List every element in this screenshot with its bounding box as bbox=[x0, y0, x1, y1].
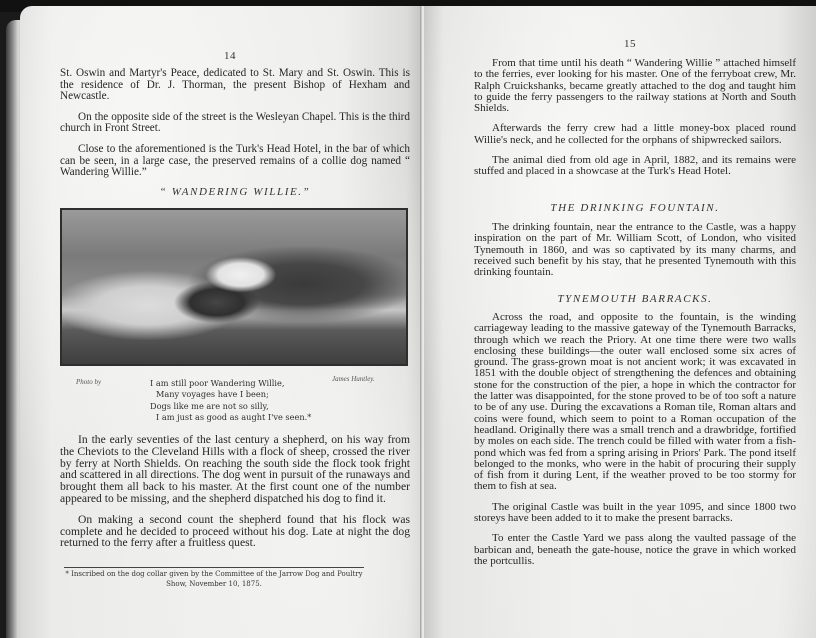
section-heading-drinking-fountain: THE DRINKING FOUNTAIN. bbox=[474, 202, 796, 214]
paragraph: In the early seventies of the last centu… bbox=[60, 434, 410, 505]
paragraph: Close to the aforementioned is the Turk'… bbox=[60, 144, 410, 179]
paragraph: St. Oswin and Martyr's Peace, dedicated … bbox=[60, 68, 410, 103]
verse: I am still poor Wandering Willie, Many v… bbox=[150, 378, 370, 424]
section-heading-wandering-willie: “ WANDERING WILLIE.” bbox=[60, 186, 410, 198]
paragraph: The drinking fountain, near the entrance… bbox=[474, 222, 796, 278]
verse-line: I am just as good as aught I've seen.* bbox=[150, 412, 370, 423]
page-number: 15 bbox=[624, 38, 636, 50]
verse-line: Many voyages have I been; bbox=[150, 389, 370, 400]
right-page: 15 From that time until his death “ Wand… bbox=[424, 6, 816, 638]
open-booklet: 14 St. Oswin and Martyr's Peace, dedicat… bbox=[6, 6, 816, 638]
paragraph: The animal died from old age in April, 1… bbox=[474, 155, 796, 178]
paragraph: The original Castle was built in the yea… bbox=[474, 502, 796, 525]
dog-photograph bbox=[60, 208, 408, 366]
paragraph: On the opposite side of the street is th… bbox=[60, 112, 410, 135]
page-number: 14 bbox=[224, 50, 236, 62]
paragraph: On making a second count the shepherd fo… bbox=[60, 514, 410, 549]
paragraph: Across the road, and opposite to the fou… bbox=[474, 312, 796, 493]
verse-line: Dogs like me are not so silly, bbox=[150, 401, 370, 412]
section-heading-tynemouth-barracks: TYNEMOUTH BARRACKS. bbox=[474, 293, 796, 305]
footnote-divider bbox=[64, 567, 364, 568]
fountain-text: The drinking fountain, near the entrance… bbox=[474, 222, 796, 287]
paragraph: Afterwards the ferry crew had a little m… bbox=[474, 123, 796, 146]
left-bottom-text: In the early seventies of the last centu… bbox=[60, 434, 410, 558]
footnote: * Inscribed on the dog collar given by t… bbox=[64, 570, 364, 589]
left-top-text: St. Oswin and Martyr's Peace, dedicated … bbox=[60, 68, 410, 188]
paragraph: From that time until his death “ Wanderi… bbox=[474, 58, 796, 114]
right-intro-text: From that time until his death “ Wanderi… bbox=[474, 58, 796, 187]
left-page: 14 St. Oswin and Martyr's Peace, dedicat… bbox=[20, 6, 422, 638]
photo-credit-left: Photo by bbox=[76, 378, 101, 386]
paragraph: To enter the Castle Yard we pass along t… bbox=[474, 533, 796, 567]
verse-line: I am still poor Wandering Willie, bbox=[150, 378, 370, 389]
barracks-text: Across the road, and opposite to the fou… bbox=[474, 312, 796, 576]
